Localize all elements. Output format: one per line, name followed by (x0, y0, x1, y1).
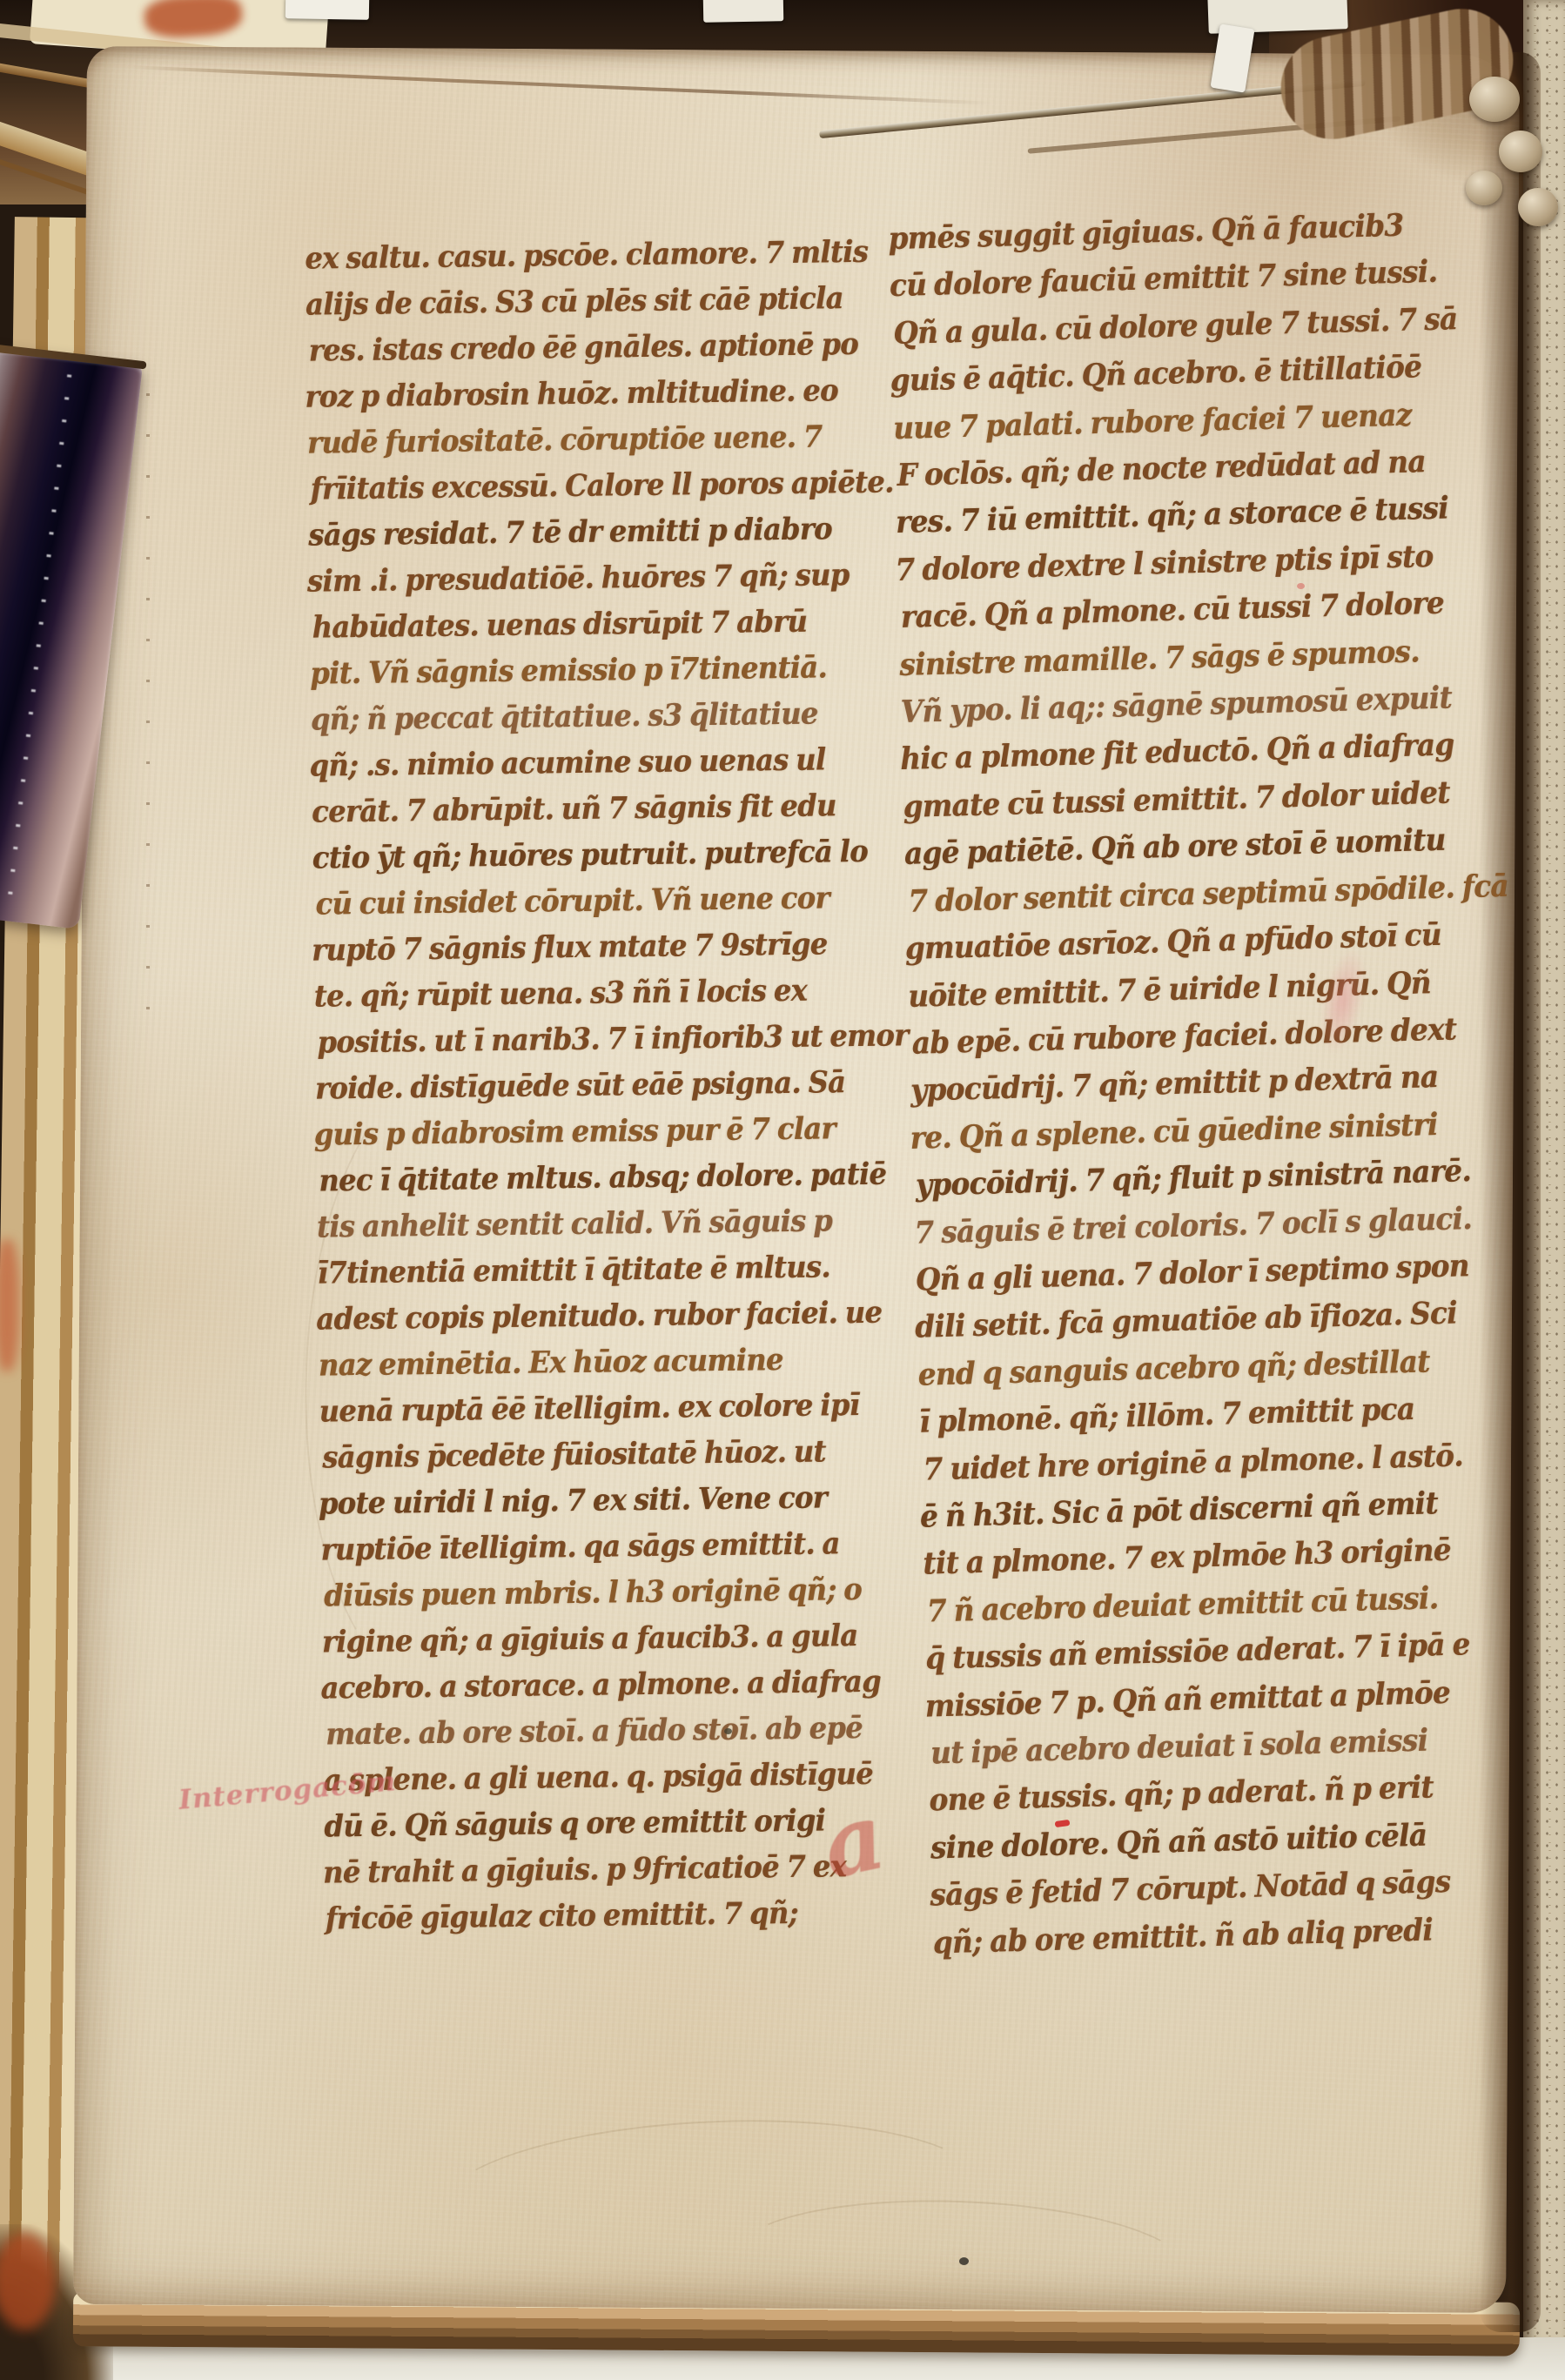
red-leather-glimpse-left (0, 1239, 19, 1371)
parchment-wrinkle (436, 2108, 985, 2285)
text-column-right: pmēs suggit gīgiuas. Qñ ā faucib3cū dolo… (888, 199, 1551, 1967)
manuscript-photo: { "manuscript": { "left_column": { "line… (0, 0, 1565, 2380)
dark-speck (959, 2257, 969, 2265)
dark-speck (724, 1728, 732, 1734)
endband-knot (1518, 188, 1558, 226)
manuscript-text-line: fricōē gīgulaz cito emittit. 7 qñ; (325, 1887, 883, 1942)
paper-bookmark-tab[interactable] (703, 0, 784, 23)
pink-ink-dot (1297, 583, 1305, 589)
endband-knot (1469, 77, 1520, 122)
text-column-left: ex saltu. casu. pscōe. clamore. 7 mltisa… (305, 228, 900, 1941)
endband-knot (1499, 131, 1542, 172)
paper-bookmark-tab[interactable] (285, 0, 369, 20)
pricking-holes (146, 393, 150, 1029)
